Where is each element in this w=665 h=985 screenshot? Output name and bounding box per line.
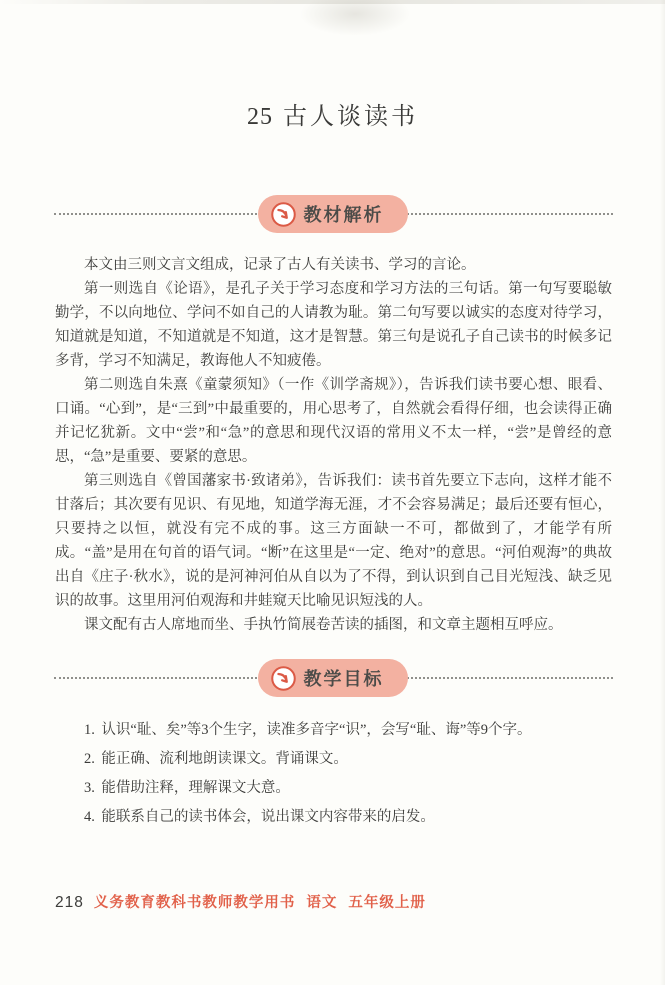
objective-number: 4. [84, 809, 95, 825]
section-badge-label: 教材解析 [304, 201, 384, 227]
objective-number: 1. [84, 722, 95, 738]
analysis-paragraph: 第三则选自《曾国藩家书·致诸弟》，告诉我们：读书首先要立下志向，这样才能不甘落后… [55, 469, 612, 613]
section-header-textbook-analysis: 教材解析 [0, 195, 665, 233]
objective-text: 能联系自己的读书体会，说出课文内容带来的启发。 [101, 809, 435, 825]
analysis-paragraph: 第一则选自《论语》，是孔子关于学习态度和学习方法的三句话。第一句写要聪敏勤学，不… [55, 277, 612, 373]
curved-down-arrow-icon [270, 665, 297, 692]
section-header-teaching-objectives: 教学目标 [0, 659, 665, 697]
objective-text: 能借助注释，理解课文大意。 [101, 780, 290, 796]
curved-down-arrow-icon [270, 201, 297, 228]
teaching-objectives-badge: 教学目标 [258, 659, 408, 697]
analysis-paragraph: 本文由三则文言文组成，记录了古人有关读书、学习的言论。 [55, 253, 612, 277]
page-number: 218 [55, 894, 84, 912]
objective-number: 3. [84, 780, 95, 796]
objective-item: 1.认识“耻、矣”等3个生字，读准多音字“识”，会写“耻、诲”等9个字。 [55, 718, 612, 742]
objective-text: 认识“耻、矣”等3个生字，读准多音字“识”，会写“耻、诲”等9个字。 [101, 722, 531, 738]
page-footer: 218 义务教育教科书教师教学用书 语文 五年级上册 [55, 891, 426, 912]
book-title: 义务教育教科书教师教学用书 语文 五年级上册 [94, 891, 426, 912]
teaching-objectives-list: 1.认识“耻、矣”等3个生字，读准多音字“识”，会写“耻、诲”等9个字。 2.能… [55, 718, 612, 829]
lesson-number: 25 [247, 104, 273, 130]
objective-item: 4.能联系自己的读书体会，说出课文内容带来的启发。 [55, 805, 612, 829]
analysis-paragraph: 第二则选自朱熹《童蒙须知》（一作《训学斋规》），告诉我们读书要心想、眼看、口诵。… [55, 373, 612, 469]
objective-item: 2.能正确、流利地朗读课文。背诵课文。 [55, 747, 612, 771]
scan-artifact-right-edge [660, 0, 665, 985]
analysis-paragraph: 课文配有古人席地而坐、手执竹简展卷苦读的插图，和文章主题相互呼应。 [55, 613, 612, 637]
textbook-analysis-badge: 教材解析 [258, 195, 408, 233]
objective-item: 3.能借助注释，理解课文大意。 [55, 776, 612, 800]
objective-number: 2. [84, 751, 95, 767]
objective-text: 能正确、流利地朗读课文。背诵课文。 [101, 751, 348, 767]
textbook-analysis-body: 本文由三则文言文组成，记录了古人有关读书、学习的言论。 第一则选自《论语》，是孔… [55, 253, 612, 637]
lesson-title-text: 古人谈读书 [283, 104, 418, 130]
section-badge-label: 教学目标 [304, 665, 384, 691]
